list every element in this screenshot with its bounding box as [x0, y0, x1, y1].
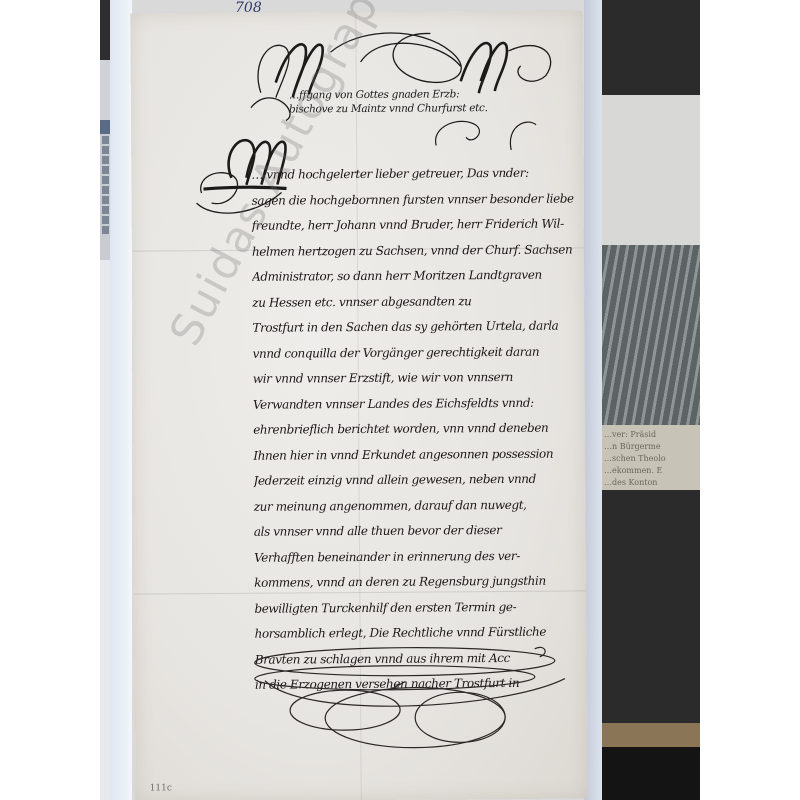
paper-mount-left-edge: [110, 0, 132, 800]
background-right-objects: …ver: Präsid …n Bürgerme …schen Theolo ……: [602, 0, 700, 800]
letter-paper: …ffgang von Gottes gnaden Erzb: bischove…: [130, 10, 587, 800]
signature-flourish: [245, 639, 576, 751]
letter-line: Ihnen hier in vnnd Erkundet angesonnen p…: [253, 441, 583, 469]
background-dark-bottom: [602, 747, 700, 800]
background-panel: [602, 95, 700, 245]
footer-annotation: 111c: [150, 783, 172, 793]
letter-line: Trostfurt in den Sachen das sy gehörten …: [252, 313, 582, 341]
letter-line: vnnd conquilla der Vorgänger gerechtigke…: [253, 339, 583, 367]
left-margin: [0, 0, 100, 800]
letter-line: kommens, vnnd an deren zu Regensburg jun…: [254, 568, 584, 596]
background-brass-strip: [602, 723, 700, 747]
letter-line: Verwandten vnnser Landes des Eichsfeldts…: [253, 390, 583, 418]
letter-line: freundte, herr Johann vnnd Bruder, herr …: [252, 211, 582, 239]
letter-line: bewilligten Turckenhilf den ersten Termi…: [254, 594, 584, 622]
document-photograph: …ver: Präsid …n Bürgerme …schen Theolo ……: [100, 0, 700, 800]
background-newspaper-snippet: …ver: Präsid …n Bürgerme …schen Theolo ……: [602, 425, 700, 490]
right-margin: [700, 0, 800, 800]
letter-line: als vnnser vnnd alle thuen bevor der die…: [254, 517, 584, 545]
letter-line: zur meinung angenommen, darauf dan nuweg…: [254, 492, 584, 520]
letter-body: … vnnd hochgelerter lieber getreuer, Das…: [251, 160, 585, 698]
letter-line: Verhafften beneinander in erinnerung des…: [254, 543, 584, 571]
margin-flourish: [431, 115, 551, 166]
letter-line: ehrenbrieflich berichtet worden, vnn vnn…: [253, 415, 583, 443]
letter-line: wir vnnd vnnser Erzstift, wie wir von vn…: [253, 364, 583, 392]
letter-line: zu Hessen etc. vnnser abgesandten zu: [252, 288, 582, 316]
letter-line: Jederzeit einzig vnnd allein gewesen, ne…: [253, 466, 583, 494]
letter-line: helmen hertzogen zu Sachsen, vnnd der Ch…: [252, 237, 582, 265]
background-pattern-print: [602, 245, 700, 425]
letter-line: sagen die hochgebornnen fursten vnnser b…: [251, 186, 581, 214]
letter-line: Administrator, so dann herr Moritzen Lan…: [252, 262, 582, 290]
